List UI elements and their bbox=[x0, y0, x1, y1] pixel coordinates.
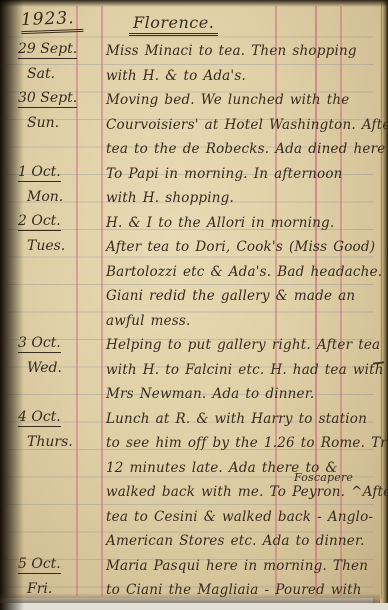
top-edge-shadow bbox=[0, 0, 388, 7]
entry-line: Mrs Newman. Ada to dinner. bbox=[106, 382, 376, 407]
entry-line: Moving bed. We lunched with the bbox=[106, 88, 376, 113]
entry-line: awful mess. bbox=[106, 309, 376, 334]
bottom-page-shadow bbox=[0, 593, 380, 603]
entry-line: H. & I to the Allori in morning. bbox=[106, 211, 376, 236]
page-stack-edge-line bbox=[381, 4, 382, 599]
entry-line: Maria Pasqui here in morning. Then bbox=[106, 554, 376, 579]
insertion-note: Foscapere bbox=[294, 472, 353, 483]
diary-entry: 30 Sept. Sun. Moving bed. We lunched wit… bbox=[0, 88, 376, 162]
entry-line: tea to the de Robecks. Ada dined here. bbox=[106, 137, 376, 162]
entry-day: Thurs. bbox=[27, 434, 73, 450]
entry-line: Lunch at R. & with Harry to station bbox=[106, 407, 376, 432]
diary-entry: 1 Oct. Mon. To Papi in morning. In after… bbox=[0, 162, 376, 211]
entry-body: Lunch at R. & with Harry to stationto se… bbox=[0, 407, 376, 554]
entry-line: Helping to put gallery right. After tea bbox=[106, 333, 376, 358]
entries: 29 Sept. Sat. Miss Minaci to tea. Then s… bbox=[0, 39, 376, 603]
notebook-photo: 1923. Florence. 29 Sept. Sat. Miss Minac… bbox=[0, 0, 388, 610]
entry-line: with H. shopping. bbox=[106, 186, 376, 211]
entry-line: To Papi in morning. In afternoon bbox=[106, 162, 376, 187]
handwritten-content: 1923. Florence. 29 Sept. Sat. Miss Minac… bbox=[0, 0, 380, 598]
entry-line: walked back with me. To Peyron. ^AfterFo… bbox=[106, 480, 376, 505]
entry-line: American Stores etc. Ada to dinner. bbox=[106, 529, 376, 554]
diary-entry: 3 Oct. Wed. Helping to put gallery right… bbox=[0, 333, 376, 407]
diary-entry: 4 Oct. Thurs. Lunch at R. & with Harry t… bbox=[0, 407, 376, 554]
entry-line: with H. to Falcini etc. H. had tea with bbox=[106, 358, 376, 383]
year-label: 1923. bbox=[21, 8, 83, 34]
entry-line: with H. & to Ada's. bbox=[106, 64, 376, 89]
entry-line: Miss Minaci to tea. Then shopping bbox=[106, 39, 376, 64]
entry-day: Mon. bbox=[27, 189, 63, 205]
entry-day: Tues. bbox=[27, 238, 65, 254]
entry-line: Bartolozzi etc & Ada's. Bad headache. bbox=[106, 260, 376, 285]
entry-day: Sun. bbox=[27, 115, 59, 131]
entry-day: Wed. bbox=[27, 360, 62, 376]
entry-line: After tea to Dori, Cook's (Miss Good) bbox=[106, 235, 376, 260]
page-title: Florence. bbox=[129, 13, 218, 36]
diary-entry: 2 Oct. Tues. H. & I to the Allori in mor… bbox=[0, 211, 376, 334]
entry-line: to see him off by the 1.26 to Rome. Trai… bbox=[106, 431, 376, 456]
diary-page: 1923. Florence. 29 Sept. Sat. Miss Minac… bbox=[0, 0, 380, 598]
entry-line: Courvoisiers' at Hotel Washington. After bbox=[106, 113, 376, 138]
entry-day: Sat. bbox=[27, 66, 55, 82]
diary-entry: 29 Sept. Sat. Miss Minaci to tea. Then s… bbox=[0, 39, 376, 88]
entry-line: Giani redid the gallery & made an bbox=[106, 284, 376, 309]
entry-line: tea to Cesini & walked back - Anglo- bbox=[106, 505, 376, 530]
binding-shadow bbox=[0, 0, 28, 610]
